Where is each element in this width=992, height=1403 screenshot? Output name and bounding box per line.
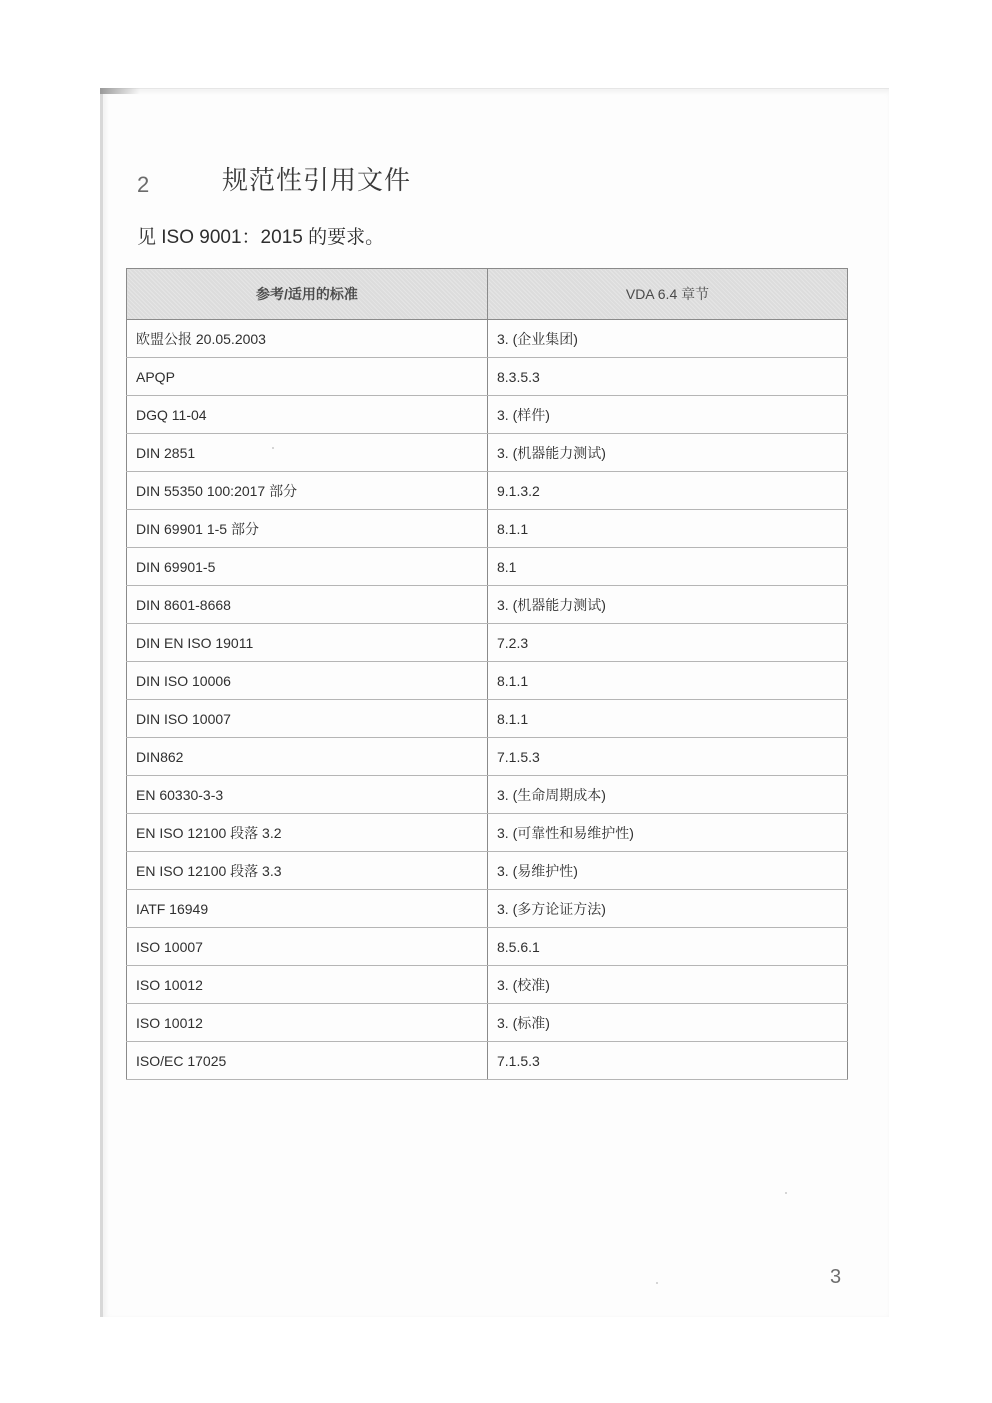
table-row: DGQ 11-043. (样件) — [127, 396, 848, 434]
cell-vda-chapter: 7.2.3 — [488, 624, 848, 662]
table-row: DIN 69901 1-5 部分8.1.1 — [127, 510, 848, 548]
cell-vda-chapter: 8.5.6.1 — [488, 928, 848, 966]
scan-speck — [656, 1282, 658, 1284]
table-row: ISO/EC 170257.1.5.3 — [127, 1042, 848, 1080]
cell-vda-chapter: 8.1.1 — [488, 662, 848, 700]
cell-standard: IATF 16949 — [127, 890, 488, 928]
table-row: DIN8627.1.5.3 — [127, 738, 848, 776]
section-title: 规范性引用文件 — [222, 160, 411, 197]
cell-standard: ISO/EC 17025 — [127, 1042, 488, 1080]
cell-vda-chapter: 7.1.5.3 — [488, 738, 848, 776]
page-corner-shadow — [100, 88, 140, 94]
cell-standard: EN ISO 12100 段落 3.3 — [127, 852, 488, 890]
references-table: 参考/适用的标准 VDA 6.4 章节 欧盟公报 20.05.20033. (企… — [126, 268, 848, 1080]
table-row: ISO 100123. (标准) — [127, 1004, 848, 1042]
cell-vda-chapter: 3. (生命周期成本) — [488, 776, 848, 814]
cell-vda-chapter: 3. (多方论证方法) — [488, 890, 848, 928]
header-vda-chapter: VDA 6.4 章节 — [488, 269, 848, 320]
cell-vda-chapter: 3. (易维护性) — [488, 852, 848, 890]
table-row: 欧盟公报 20.05.20033. (企业集团) — [127, 320, 848, 358]
cell-vda-chapter: 3. (机器能力测试) — [488, 586, 848, 624]
table-row: EN ISO 12100 段落 3.23. (可靠性和易维护性) — [127, 814, 848, 852]
table-row: IATF 169493. (多方论证方法) — [127, 890, 848, 928]
cell-standard: DIN862 — [127, 738, 488, 776]
cell-standard: EN 60330-3-3 — [127, 776, 488, 814]
cell-standard: ISO 10012 — [127, 966, 488, 1004]
cell-standard: DIN ISO 10007 — [127, 700, 488, 738]
page-number: 3 — [830, 1266, 841, 1289]
cell-vda-chapter: 9.1.3.2 — [488, 472, 848, 510]
header-standard: 参考/适用的标准 — [127, 269, 488, 320]
cell-vda-chapter: 8.3.5.3 — [488, 358, 848, 396]
intro-paragraph: 见 ISO 9001：2015 的要求。 — [137, 222, 384, 249]
cell-standard: DIN 2851 — [127, 434, 488, 472]
cell-standard: DGQ 11-04 — [127, 396, 488, 434]
cell-vda-chapter: 7.1.5.3 — [488, 1042, 848, 1080]
table-row: DIN EN ISO 190117.2.3 — [127, 624, 848, 662]
cell-vda-chapter: 3. (校准) — [488, 966, 848, 1004]
table-row: DIN ISO 100068.1.1 — [127, 662, 848, 700]
table-body: 欧盟公报 20.05.20033. (企业集团)APQP8.3.5.3DGQ 1… — [127, 320, 848, 1080]
table-row: ISO 100123. (校准) — [127, 966, 848, 1004]
cell-standard: DIN 69901-5 — [127, 548, 488, 586]
cell-vda-chapter: 8.1 — [488, 548, 848, 586]
cell-standard: DIN 8601-8668 — [127, 586, 488, 624]
table-row: EN 60330-3-33. (生命周期成本) — [127, 776, 848, 814]
cell-vda-chapter: 3. (样件) — [488, 396, 848, 434]
cell-standard: ISO 10012 — [127, 1004, 488, 1042]
table-header-row: 参考/适用的标准 VDA 6.4 章节 — [127, 269, 848, 320]
cell-standard: EN ISO 12100 段落 3.2 — [127, 814, 488, 852]
scan-speck — [272, 447, 274, 449]
table-row: DIN ISO 100078.1.1 — [127, 700, 848, 738]
cell-vda-chapter: 8.1.1 — [488, 510, 848, 548]
table-row: APQP8.3.5.3 — [127, 358, 848, 396]
cell-standard: DIN ISO 10006 — [127, 662, 488, 700]
cell-standard: ISO 10007 — [127, 928, 488, 966]
cell-vda-chapter: 3. (企业集团) — [488, 320, 848, 358]
table-row: DIN 55350 100:2017 部分9.1.3.2 — [127, 472, 848, 510]
cell-vda-chapter: 8.1.1 — [488, 700, 848, 738]
cell-standard: DIN 55350 100:2017 部分 — [127, 472, 488, 510]
cell-standard: APQP — [127, 358, 488, 396]
section-number: 2 — [137, 172, 149, 198]
cell-vda-chapter: 3. (标准) — [488, 1004, 848, 1042]
table-row: DIN 28513. (机器能力测试) — [127, 434, 848, 472]
cell-vda-chapter: 3. (机器能力测试) — [488, 434, 848, 472]
cell-standard: DIN EN ISO 19011 — [127, 624, 488, 662]
table-row: DIN 69901-58.1 — [127, 548, 848, 586]
cell-standard: 欧盟公报 20.05.2003 — [127, 320, 488, 358]
scan-speck — [785, 1192, 787, 1194]
table-row: EN ISO 12100 段落 3.33. (易维护性) — [127, 852, 848, 890]
table-row: ISO 100078.5.6.1 — [127, 928, 848, 966]
cell-standard: DIN 69901 1-5 部分 — [127, 510, 488, 548]
cell-vda-chapter: 3. (可靠性和易维护性) — [488, 814, 848, 852]
table-row: DIN 8601-86683. (机器能力测试) — [127, 586, 848, 624]
